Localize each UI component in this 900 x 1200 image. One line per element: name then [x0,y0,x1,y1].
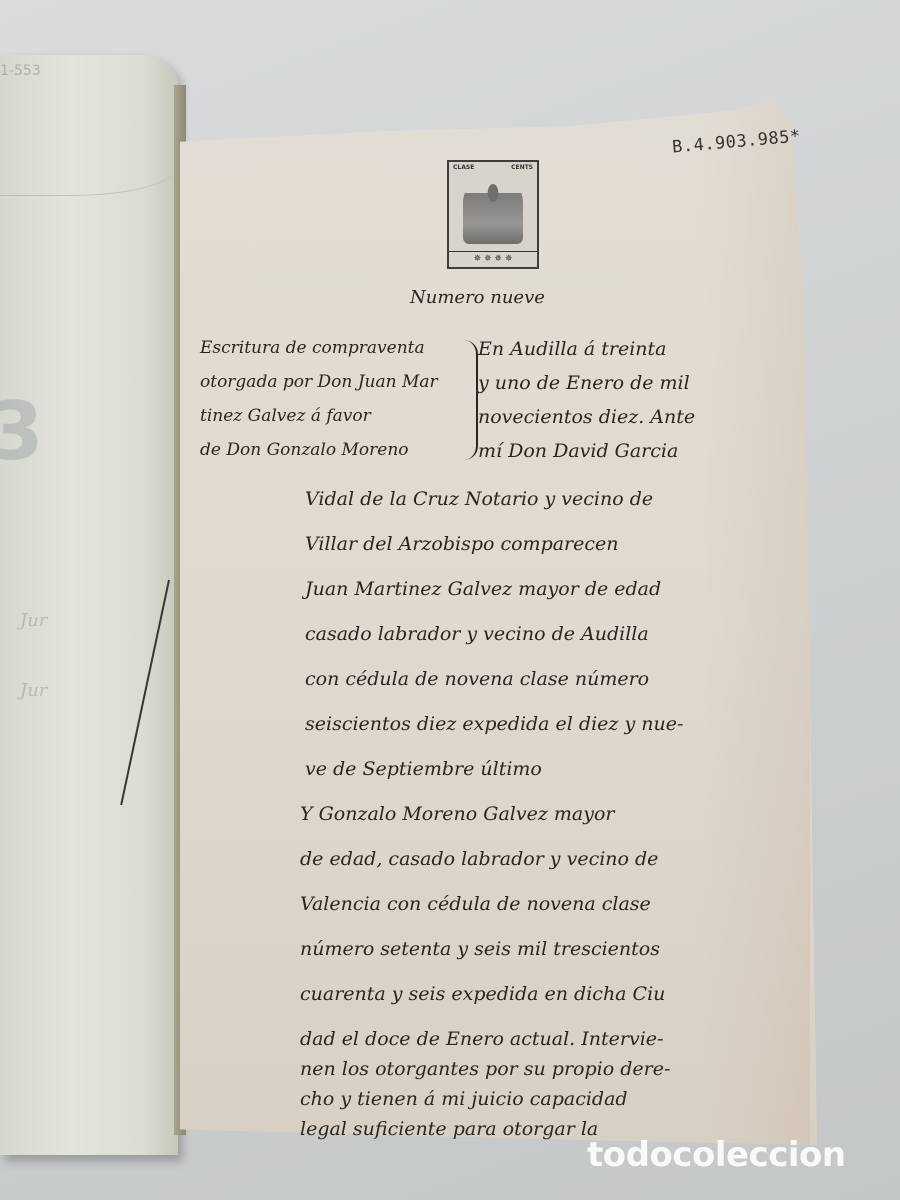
margin-note-line: de Don Gonzalo Moreno [200,440,409,460]
body-line: casado labrador y vecino de Audilla [305,623,649,645]
stamp-star-band: ✵ ✵ ✵ ✵ [449,251,537,267]
left-curled-page: 1-553 3 Jur Jur [0,55,178,1155]
body-line: ve de Septiembre último [305,758,542,780]
body-line: con cédula de novena clase número [305,668,649,690]
body-line: Valencia con cédula de novena clase [300,893,651,915]
faded-stamp-digit: 3 [0,385,44,478]
tax-stamp-seal: CLASE CENTS ✵ ✵ ✵ ✵ [447,160,539,269]
curly-brace [462,340,478,460]
ghost-text: Jur [20,610,47,631]
ghost-text: Jur [20,680,47,701]
stamp-class-label: CLASE [453,164,474,171]
body-line: dad el doce de Enero actual. Intervie- [300,1028,663,1050]
floral-border-ornament [0,135,178,196]
body-line: y uno de Enero de mil [478,372,690,394]
faint-page-number: 1-553 [0,63,41,79]
body-line: número setenta y seis mil trescientos [300,938,660,960]
body-line: de edad, casado labrador y vecino de [300,848,658,870]
body-line: legal suficiente para otorgar la [300,1118,598,1140]
margin-note-line: otorgada por Don Juan Mar [200,372,438,392]
body-line: Villar del Arzobispo comparecen [305,533,619,555]
body-line: cuarenta y seis expedida en dicha Ciu [300,983,665,1005]
document-heading: Numero nueve [410,287,545,308]
body-line: cho y tienen á mi juicio capacidad [300,1088,628,1110]
body-line: En Audilla á treinta [478,338,666,360]
body-line: seiscientos diez expedida el diez y nue- [305,713,683,735]
margin-note-line: Escritura de compraventa [200,338,425,358]
site-watermark: todocoleccion [587,1135,846,1175]
margin-note-line: tinez Galvez á favor [200,406,371,426]
body-line: Juan Martinez Galvez mayor de edad [305,578,661,600]
body-line: mí Don David Garcia [478,440,678,462]
body-line: novecientos diez. Ante [478,406,695,428]
body-line: nen los otorgantes por su propio dere- [300,1058,670,1080]
stamp-cents-label: CENTS [511,164,533,171]
body-line: Vidal de la Cruz Notario y vecino de [305,488,653,510]
allegorical-figure-icon [463,176,523,244]
body-line: Y Gonzalo Moreno Galvez mayor [300,803,614,825]
